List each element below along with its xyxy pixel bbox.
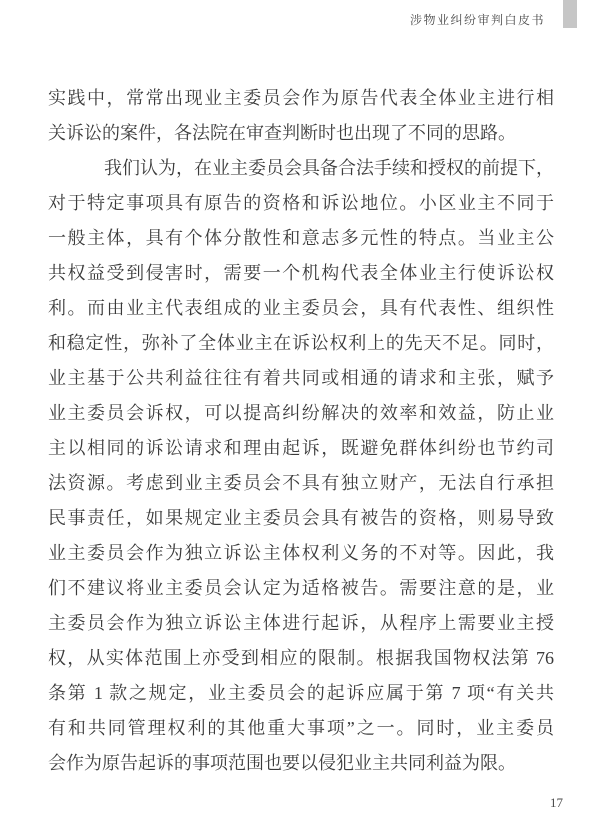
text-line: 和稳定性，弥补了全体业主在诉讼权利上的先天不足。同时， <box>48 326 554 361</box>
text-line: 共权益受到侵害时，需要一个机构代表全体业主行使诉讼权 <box>48 256 554 291</box>
page-number: 17 <box>550 795 563 811</box>
header-title: 涉物业纠纷审判白皮书 <box>410 11 545 28</box>
text-line: 主以相同的诉讼请求和理由起诉，既避免群体纠纷也节约司 <box>48 431 554 466</box>
corner-bar <box>563 0 577 28</box>
text-line: 法资源。考虑到业主委员会不具有独立财产，无法自行承担 <box>48 466 554 501</box>
text-line: 业主委员会诉权，可以提高纠纷解决的效率和效益，防止业 <box>48 396 554 431</box>
text-line: 主委员会作为独立诉讼主体进行起诉，从程序上需要业主授 <box>48 606 554 641</box>
text-line: 会作为原告起诉的事项范围也要以侵犯业主共同利益为限。 <box>48 746 554 781</box>
text-line: 们不建议将业主委员会认定为适格被告。需要注意的是，业 <box>48 571 554 606</box>
text-line: 关诉讼的案件，各法院在审查判断时也出现了不同的思路。 <box>48 116 554 151</box>
text-line: 业主基于公共利益往往有着共同或相通的请求和主张，赋予 <box>48 361 554 396</box>
text-line: 一般主体，具有个体分散性和意志多元性的特点。当业主公 <box>48 221 554 256</box>
text-line: 利。而由业主代表组成的业主委员会，具有代表性、组织性 <box>48 291 554 326</box>
text-line: 对于特定事项具有原告的资格和诉讼地位。小区业主不同于 <box>48 186 554 221</box>
text-line: 我们认为，在业主委员会具备合法手续和授权的前提下， <box>48 151 554 186</box>
text-line: 民事责任，如果规定业主委员会具有被告的资格，则易导致 <box>48 501 554 536</box>
text-line: 实践中，常常出现业主委员会作为原告代表全体业主进行相 <box>48 81 554 116</box>
text-line: 有和共同管理权利的其他重大事项”之一。同时，业主委员 <box>48 711 554 746</box>
text-line: 条第 1 款之规定，业主委员会的起诉应属于第 7 项“有关共 <box>48 676 554 711</box>
text-line: 权，从实体范围上亦受到相应的限制。根据我国物权法第 76 <box>48 641 554 676</box>
page-body: 实践中，常常出现业主委员会作为原告代表全体业主进行相关诉讼的案件，各法院在审查判… <box>48 81 554 781</box>
text-line: 业主委员会作为独立诉讼主体权利义务的不对等。因此，我 <box>48 536 554 571</box>
